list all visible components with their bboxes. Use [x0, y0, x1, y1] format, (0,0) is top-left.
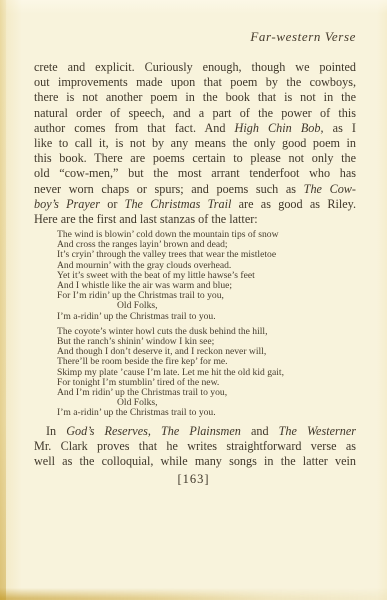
text-line: In God’s Reserves, The Plainsmen and The…	[34, 424, 356, 439]
text-line: Mr. Clark proves that he writes straight…	[34, 439, 356, 454]
text-line: author comes from that fact. And High Ch…	[34, 121, 356, 136]
text-line: old “cow-men,” but the most arrant tende…	[34, 166, 356, 181]
running-header: Far-western Verse	[34, 29, 356, 45]
book-page: Far-western Verse crete and explicit. Cu…	[0, 0, 387, 600]
text-line: out improvements made upon that poem by …	[34, 75, 356, 90]
text-line: like to call it, is not by any means the…	[34, 136, 356, 151]
text-line: Here are the first and last stanzas of t…	[34, 212, 356, 227]
bottom-page-edge	[0, 588, 387, 600]
poem-stanza-2: The coyote’s winter howl cuts the dusk b…	[57, 327, 357, 419]
body-paragraph-1: crete and explicit. Curiously enough, th…	[34, 60, 356, 227]
text-line: well as the colloquial, while many songs…	[34, 454, 356, 469]
poem-block: The wind is blowin’ cold down the mounta…	[57, 230, 357, 424]
text-line: boy’s Prayer or The Christmas Trail are …	[34, 197, 356, 212]
body-paragraph-2: In God’s Reserves, The Plainsmen and The…	[34, 424, 356, 470]
text-line: I’m a-ridin’ up the Christmas trail to y…	[57, 312, 357, 322]
left-page-edge	[0, 0, 6, 600]
text-line: this book. There are poems certain to pl…	[34, 151, 356, 166]
text-line: And I’m ridin’ up the Christmas trail to…	[57, 388, 357, 398]
text-line: natural order of speech, and a part of t…	[34, 106, 356, 121]
text-line: never worn chaps or spurs; and poems suc…	[34, 182, 356, 197]
text-line: crete and explicit. Curiously enough, th…	[34, 60, 356, 75]
text-line: there is not another poem in the book th…	[34, 90, 356, 105]
text-line: For I’m ridin’ up the Christmas trail to…	[57, 291, 357, 301]
poem-stanza-1: The wind is blowin’ cold down the mounta…	[57, 230, 357, 322]
text-line: I’m a-ridin’ up the Christmas trail to y…	[57, 408, 357, 418]
page-number: [163]	[0, 472, 387, 487]
